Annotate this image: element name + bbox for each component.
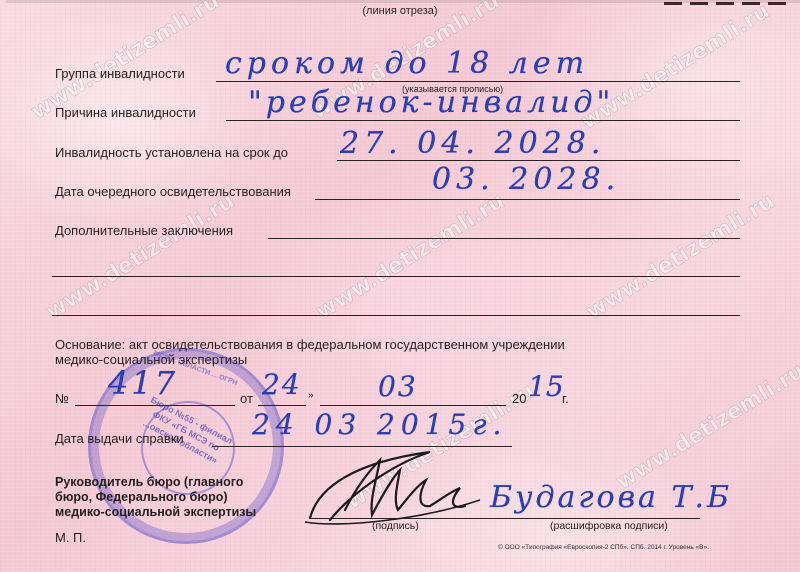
additional-line-3 bbox=[52, 315, 740, 316]
head-title-line-2: бюро, Федерального бюро) bbox=[55, 490, 228, 505]
issue-date-label: Дата выдачи справки bbox=[55, 431, 184, 446]
day-value: 24 bbox=[262, 368, 302, 401]
printer-imprint: © ООО «Типография «Евроскопия-2 СПб». СП… bbox=[498, 544, 709, 551]
next-exam-label: Дата очередного освидетельствования bbox=[55, 184, 291, 199]
month-value: 03 bbox=[378, 370, 418, 403]
next-exam-line bbox=[315, 199, 740, 200]
reason-value: "ребенок-инвалид" bbox=[248, 85, 614, 120]
signature-caption: (подпись) bbox=[372, 520, 419, 532]
number-label: № bbox=[55, 391, 69, 406]
reason-label: Причина инвалидности bbox=[55, 105, 196, 120]
group-value: сроком до 18 лет bbox=[225, 46, 589, 81]
decode-value: Будагова Т.Б bbox=[490, 480, 732, 515]
number-line bbox=[75, 405, 235, 406]
next-exam-value: 03. 2028. bbox=[432, 162, 620, 197]
term-label: Инвалидность установлена на срок до bbox=[55, 145, 288, 160]
cut-line-label: (линия отреза) bbox=[0, 5, 800, 17]
quote-mark: » bbox=[308, 390, 314, 401]
term-value: 27. 04. 2028. bbox=[340, 126, 605, 161]
day-line bbox=[258, 405, 306, 406]
decode-caption: (расшифровка подписи) bbox=[550, 520, 668, 532]
head-title-line-1: Руководитель бюро (главного bbox=[55, 475, 243, 490]
additional-line-1 bbox=[268, 238, 740, 239]
basis-line-1: Основание: акт освидетельствования в фед… bbox=[55, 337, 565, 352]
reason-line bbox=[226, 120, 740, 121]
head-title-line-3: медико-социальной экспертизы bbox=[55, 505, 256, 520]
number-value: 417 bbox=[108, 364, 178, 402]
additional-label: Дополнительные заключения bbox=[55, 223, 233, 238]
group-label: Группа инвалидности bbox=[55, 66, 185, 81]
year-value: 15 bbox=[528, 370, 564, 403]
year-prefix: 20 bbox=[512, 391, 526, 406]
group-line bbox=[216, 81, 740, 82]
month-line bbox=[320, 405, 506, 406]
mp-label: М. П. bbox=[55, 530, 86, 545]
signature-mark bbox=[300, 440, 490, 530]
from-label: от bbox=[240, 391, 253, 406]
additional-line-2 bbox=[52, 276, 740, 277]
year-suffix: г. bbox=[562, 391, 569, 406]
issue-date-value: 24 03 2015г. bbox=[252, 408, 507, 441]
